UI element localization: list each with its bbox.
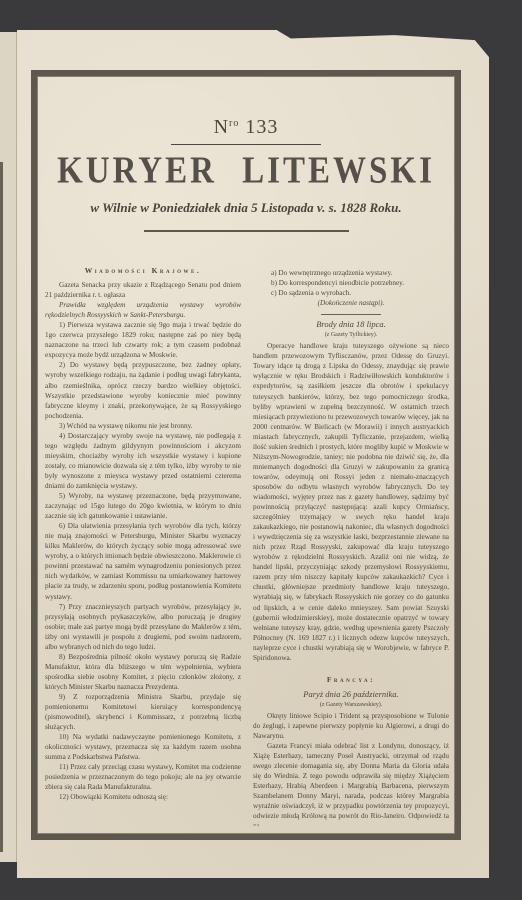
section-title: Wiadomości Krajowe. [45, 266, 241, 276]
newspaper-page: Nro 133 KURYER LITEWSKI w Wilnie w Ponie… [17, 30, 489, 878]
newspaper-title: KURYER LITEWSKI [37, 150, 455, 193]
list-item: b) Do korrespondencyi nieodbicie potrzeb… [253, 278, 449, 288]
paragraph: 4) Dostarczający wyroby swoje na wystawę… [45, 431, 241, 491]
brody-heading: Brody dnia 18 lipca. [253, 319, 449, 329]
paris-source: (z Gazety Warszawskiey). [253, 700, 449, 710]
continued-note: (Dokończenie nastąpi). [253, 298, 449, 308]
paragraph: 3) Wchód na wystawę nikomu nie jest bron… [45, 421, 241, 431]
list-item: a) Do wewnętrznego urządzenia wystawy. [253, 268, 449, 278]
adjacent-page-edge [0, 32, 17, 862]
paragraph: Operacye handlowe kraju tuteyszego ożywi… [253, 341, 449, 663]
paragraph: 12) Obowiązki Komitetu odnoszą się: [45, 792, 241, 802]
masthead: Nro 133 KURYER LITEWSKI w Wilnie w Ponie… [37, 116, 455, 232]
paragraph: 9) Z rozporządzenia Ministra Skarbu, prz… [45, 692, 241, 732]
brody-source: (z Gazety Tyflickiey). [253, 330, 449, 340]
paragraph: 10) Na wydatki nadawyczayne pomienionego… [45, 732, 241, 762]
paris-heading: Paryż dnia 26 października. [253, 689, 449, 699]
paragraph: 7) Przy znacznieyszych partyach wyrobów,… [45, 602, 241, 652]
paragraph: 1) Pierwsza wystawa zacznie się 9go maja… [45, 320, 241, 360]
list-item: c) Do sądzenia o wyrobach. [253, 288, 449, 298]
divider-rule [171, 144, 321, 145]
adjacent-page-border [0, 162, 3, 852]
paragraph: 11) Przez cały przeciąg czasu wystawy, K… [45, 762, 241, 792]
page-frame-border: Nro 133 KURYER LITEWSKI w Wilnie w Ponie… [31, 70, 461, 840]
intro-italic: Prawidła względem urządzenia wystawy wyr… [45, 300, 241, 320]
paragraph: 2) Do wystawy będą przypuszczone, bez ża… [45, 360, 241, 420]
article-columns: Wiadomości Krajowe. Gazeta Senacka przy … [45, 254, 449, 826]
divider-rule [321, 314, 381, 315]
right-column: a) Do wewnętrznego urządzenia wystawy. b… [253, 254, 449, 826]
paragraph: Gazeta Francyi miała odebrać list z Lond… [253, 741, 449, 826]
paragraph: 8) Bezpośrednia pilność około wystawy po… [45, 652, 241, 692]
intro-text: Gazeta Senacka przy ukazie z Rządzącego … [45, 280, 241, 300]
divider-rule [144, 230, 349, 232]
paragraph: 5) Wyroby, na wystawę przeznaczone, będą… [45, 491, 241, 521]
issue-number: Nro 133 [37, 116, 455, 139]
paragraph: Okręty liniowe Scipio i Trident są przys… [253, 711, 449, 741]
paragraph: 6) Dla ułatwienia przesyłania tych wyrob… [45, 521, 241, 601]
francya-section-title: Francya: [253, 675, 449, 685]
left-column: Wiadomości Krajowe. Gazeta Senacka przy … [45, 254, 241, 826]
dateline: w Wilnie w Poniedziałek dnia 5 Listopada… [37, 200, 455, 216]
